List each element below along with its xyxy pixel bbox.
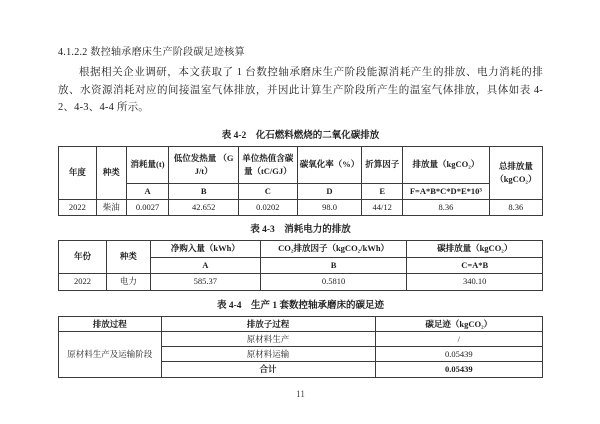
t42-total-emission-header: 总排放量 （kgCO₂） xyxy=(489,146,542,199)
t42-consumption-value: 0.0027 xyxy=(126,199,169,215)
t42-type-header: 种类 xyxy=(96,146,126,199)
t44-subprocess-transport: 原材料运输 xyxy=(161,347,375,362)
table44-caption: 表 4-4 生产 1 套数控轴承磨床的碳足迹 xyxy=(58,300,543,312)
body-paragraph: 根据相关企业调研，本文获取了 1 台数控轴承磨床生产阶段能源消耗产生的排放、电力… xyxy=(58,64,543,117)
t44-process-header: 排放过程 xyxy=(59,316,162,331)
t42-heating-value-header: 低位发热量 （GJ/t） xyxy=(169,146,239,183)
t44-footprint-production: / xyxy=(375,331,542,346)
table-row: 2022 电力 585.37 0.5810 340.10 xyxy=(59,273,543,290)
table43-caption: 表 4-3 消耗电力的排放 xyxy=(58,224,543,236)
table-row: 原材料生产及运输阶段 原材料生产 / xyxy=(59,331,543,346)
t44-total-value: 0.05439 xyxy=(375,362,542,377)
t42-year-header: 年度 xyxy=(59,146,97,199)
t44-subprocess-production: 原材料生产 xyxy=(161,331,375,346)
table-row: 2022 柴油 0.0027 42.652 0.0202 98.0 44/12 … xyxy=(59,199,543,215)
electricity-emissions-table: 年份 种类 净购入量（kWh） CO₂排放因子（kgCO₂/kWh） 碳排放量（… xyxy=(58,240,543,291)
t42-formula-a: A xyxy=(126,183,169,199)
t43-emission-factor-header: CO₂排放因子（kgCO₂/kWh） xyxy=(260,240,407,257)
page-number: 11 xyxy=(58,389,543,399)
t42-formula-f: F=A*B*C*D*E*10³ xyxy=(403,183,490,199)
fossil-fuel-co2-emissions-table: 年度 种类 消耗量(t) 低位发热量 （GJ/t） 单位热值含碳量（tC/GJ）… xyxy=(58,146,543,216)
t42-emission-value: 8.36 xyxy=(403,199,490,215)
t42-formula-d: D xyxy=(297,183,362,199)
t43-emission-header: 碳排放量（kgCO₂） xyxy=(407,240,543,257)
t44-footprint-header: 碳足迹（kgCO₂） xyxy=(375,316,542,331)
t42-carbon-content-header: 单位热值含碳量（tC/GJ） xyxy=(239,146,298,183)
t42-formula-b: B xyxy=(169,183,239,199)
t43-type-value: 电力 xyxy=(106,273,150,290)
t44-footprint-transport: 0.05439 xyxy=(375,347,542,362)
t43-emission-value: 340.10 xyxy=(407,273,543,290)
t43-formula-b: B xyxy=(260,257,407,273)
t42-oxidation-rate-value: 98.0 xyxy=(297,199,362,215)
t42-formula-e: E xyxy=(362,183,403,199)
t44-subprocess-header: 排放子过程 xyxy=(161,316,375,331)
t42-formula-c: C xyxy=(239,183,298,199)
t42-emission-header: 排放量（kgCO₂） xyxy=(403,146,490,183)
t42-carbon-content-value: 0.0202 xyxy=(239,199,298,215)
t43-emission-factor-value: 0.5810 xyxy=(260,273,407,290)
t43-type-header: 种类 xyxy=(106,240,150,273)
t42-total-emission-value: 8.36 xyxy=(489,199,542,215)
t43-purchase-header: 净购入量（kWh） xyxy=(150,240,260,257)
t42-consumption-header: 消耗量(t) xyxy=(126,146,169,183)
t42-conversion-factor-header: 折算因子 xyxy=(362,146,403,183)
table42-caption: 表 4-2 化石燃料燃烧的二氧化碳排放 xyxy=(58,130,543,142)
t43-purchase-value: 585.37 xyxy=(150,273,260,290)
t42-fuel-type-value: 柴油 xyxy=(96,199,126,215)
t43-formula-c: C=A*B xyxy=(407,257,543,273)
t42-oxidation-rate-header: 碳氧化率（%） xyxy=(297,146,362,183)
document-page: 4.1.2.2 数控轴承磨床生产阶段碳足迹核算 根据相关企业调研，本文获取了 1… xyxy=(0,0,600,424)
t44-total-label: 合计 xyxy=(161,362,375,377)
t43-year-value: 2022 xyxy=(59,273,107,290)
t42-year-value: 2022 xyxy=(59,199,97,215)
t42-conversion-factor-value: 44/12 xyxy=(362,199,403,215)
t43-formula-a: A xyxy=(150,257,260,273)
t44-stage-cell: 原材料生产及运输阶段 xyxy=(59,331,162,377)
section-heading: 4.1.2.2 数控轴承磨床生产阶段碳足迹核算 xyxy=(58,46,543,59)
carbon-footprint-table: 排放过程 排放子过程 碳足迹（kgCO₂） 原材料生产及运输阶段 原材料生产 /… xyxy=(58,316,543,378)
t42-heating-value-value: 42.652 xyxy=(169,199,239,215)
t43-year-header: 年份 xyxy=(59,240,107,273)
